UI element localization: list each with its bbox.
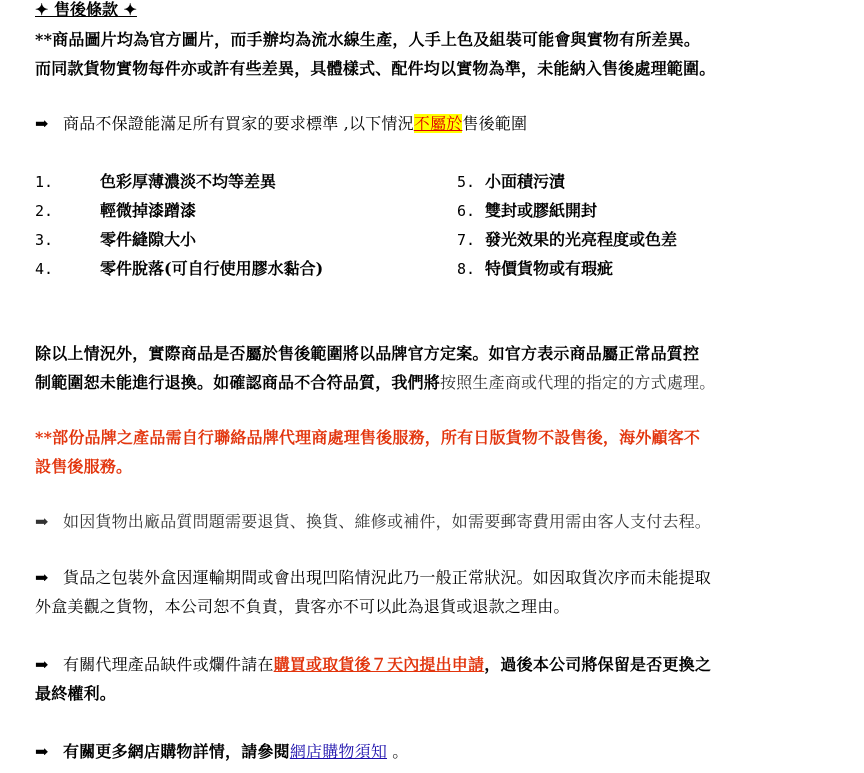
exclusion-heading: ➡商品不保證能滿足所有買家的要求標準 ,以下情況不屬於售後範圍 [35,114,527,134]
list-item-number: 5. [457,172,475,192]
missing-parts-prefix: 有關代理產品缺件或爛件請在 [63,655,274,674]
exclusion-heading-suffix: 售後範圍 [462,114,527,133]
arrow-right-icon: ➡ [35,512,55,532]
return-fee-note: ➡如因貨物出廠品質問題需要退貨、換貨、維修或補件，如需要郵寄費用需由客人支付去程… [35,512,711,532]
return-fee-text: 如因貨物出廠品質問題需要退貨、換貨、維修或補件，如需要郵寄費用需由客人支付去程。 [63,512,711,531]
arrow-right-icon: ➡ [35,742,55,762]
missing-parts-note-line-2: 最終權利。 [35,684,116,704]
list-item-text: 小面積污漬 [485,172,565,192]
list-item-number: 1. [35,172,53,192]
list-item-text: 特價貨物或有瑕疵 [485,259,613,279]
arrow-right-icon: ➡ [35,568,55,588]
arrow-right-icon: ➡ [35,655,55,675]
list-item-number: 3. [35,230,53,250]
brand-notice-line-1: **部份品牌之產品需自行聯絡品牌代理商處理售後服務，所有日版貨物不設售後，海外顧… [35,428,700,448]
missing-parts-note-line-1: ➡有關代理產品缺件或爛件請在購買或取貨後７天內提出申請，過後本公司將保留是否更換… [35,655,711,675]
list-item-text: 零件脫落(可自行使用膠水黏合) [100,259,323,279]
list-item-number: 2. [35,201,53,221]
intro-line-2: 而同款貨物實物每件亦或許有些差異，具體樣式、配件均以實物為準，未能納入售後處理範… [35,59,715,79]
packaging-note-line-1: ➡貨品之包裝外盒因運輸期間或會出現凹陷情況此乃一般正常狀況。如因取貨次序而未能提… [35,568,711,588]
list-item-text: 輕微掉漆蹭漆 [100,201,196,221]
seven-day-deadline-link[interactable]: 購買或取貨後７天內提出申請 [274,655,485,674]
more-info-note: ➡有關更多網店購物詳情，請參閱網店購物須知 。 [35,742,409,762]
list-item-text: 零件縫隙大小 [100,230,196,250]
exclusion-heading-prefix: 商品不保證能滿足所有買家的要求標準 ,以下情況 [63,114,414,133]
arrow-right-icon: ➡ [35,114,55,134]
missing-parts-suffix: ，過後本公司將保留是否更換之 [484,655,711,674]
official-decision-line-1: 除以上情況外，實際商品是否屬於售後範圍將以品牌官方定案。如官方表示商品屬正常品質… [35,344,699,364]
not-covered-highlight: 不屬於 [414,114,463,133]
list-item-number: 7. [457,230,475,250]
more-info-prefix: 有關更多網店購物詳情，請參閱 [63,742,290,761]
brand-notice-line-2: 設售後服務。 [35,457,132,477]
official-decision-text: 制範圍恕未能進行退換。如確認商品不合符品質，我們將 [35,373,440,392]
packaging-note-line-2: 外盒美觀之貨物，本公司恕不負責，貴客亦不可以此為退貨或退款之理由。 [35,597,570,617]
official-decision-line-2: 制範圍恕未能進行退換。如確認商品不合符品質，我們將按照生產商或代理的指定的方式處… [35,373,715,393]
list-item-text: 雙封或膠紙開封 [485,201,597,221]
list-item-number: 6. [457,201,475,221]
more-info-suffix: 。 [387,742,409,761]
packaging-text: 貨品之包裝外盒因運輸期間或會出現凹陷情況此乃一般正常狀況。如因取貨次序而未能提取 [63,568,711,587]
list-item-number: 8. [457,259,475,279]
list-item-text: 色彩厚薄濃淡不均等差異 [100,172,276,192]
intro-line-1: **商品圖片均為官方圖片，而手辦均為流水線生產，人手上色及組裝可能會與實物有所差… [35,30,700,50]
official-decision-text-light: 按照生產商或代理的指定的方式處理。 [440,373,715,392]
list-item-text: 發光效果的光亮程度或色差 [485,230,677,250]
shopping-guide-link[interactable]: 網店購物須知 [290,742,387,761]
list-item-number: 4. [35,259,53,279]
page-title: ✦ 售後條款 ✦ [35,0,137,20]
